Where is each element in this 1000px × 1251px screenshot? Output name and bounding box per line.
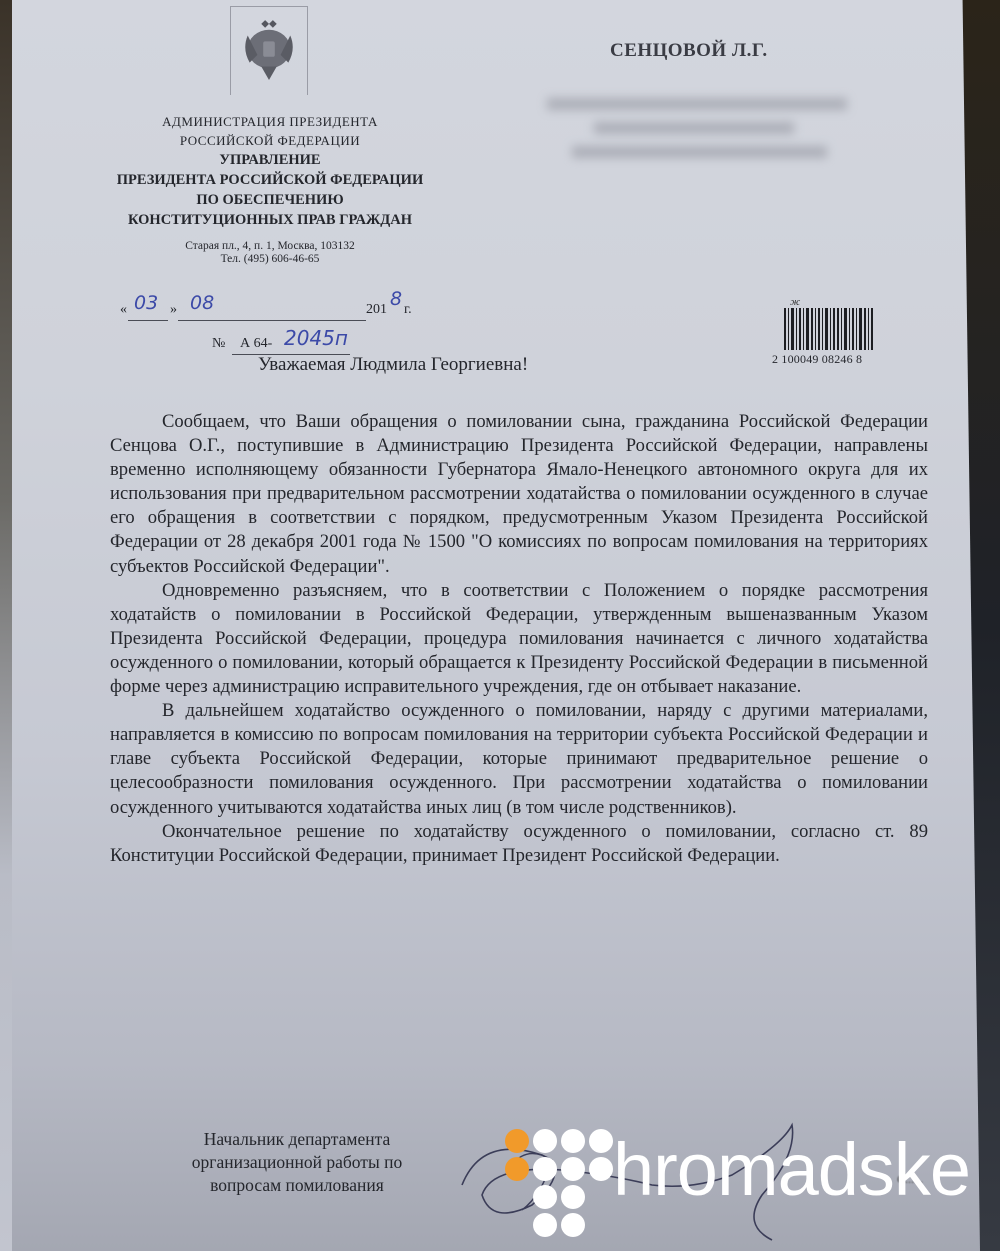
- barcode-mark: ж: [790, 296, 912, 308]
- signatory-title: Начальник департамента организационной р…: [152, 1128, 442, 1197]
- phone: Тел. (495) 606-46-65: [110, 253, 430, 266]
- dept-line-4: конституционных прав граждан: [110, 210, 430, 230]
- barcode-bars-icon: [784, 308, 912, 350]
- paragraph-1: Сообщаем, что Ваши обращения о помилован…: [110, 410, 928, 579]
- coat-of-arms-icon: [230, 6, 308, 95]
- date-month: 08: [190, 292, 214, 314]
- paragraph-4: Окончательное решение по ходатайству осу…: [110, 820, 928, 868]
- registration-number: № А 64- 2045п: [212, 330, 412, 354]
- salutation: Уважаемая Людмила Георгиевна!: [258, 354, 528, 376]
- dept-line-2: Президента Российской Федерации: [110, 170, 430, 190]
- letter-page: Администрация Президента Российской Феде…: [12, 0, 980, 1251]
- year-prefix: 201: [366, 302, 387, 318]
- year-suffix: 8: [390, 288, 402, 310]
- org-line-1: Администрация Президента: [110, 112, 430, 131]
- recipient-name: СЕНЦОВОЙ Л.Г.: [610, 40, 768, 62]
- date-day: 03: [134, 292, 158, 314]
- hromadske-watermark: hromadske: [505, 1125, 970, 1235]
- redacted-address-line: [594, 122, 794, 134]
- double-headed-eagle-icon: [240, 16, 298, 86]
- org-line-2: Российской Федерации: [110, 131, 430, 150]
- redacted-address-line: [572, 146, 827, 158]
- letterhead: Администрация Президента Российской Феде…: [110, 112, 430, 266]
- paragraph-3: В дальнейшем ходатайство осужденного о п…: [110, 699, 928, 819]
- number-prefix: А 64-: [240, 336, 272, 352]
- dept-line-3: по обеспечению: [110, 190, 430, 210]
- barcode-number: 2 100049 08246 8: [772, 352, 912, 367]
- document-date: « 03 » 08 201 8 г.: [120, 298, 420, 324]
- hromadske-dots-icon: [505, 1125, 615, 1235]
- year-unit: г.: [404, 302, 412, 318]
- dept-line-1: Управление: [110, 150, 430, 170]
- barcode: ж 2 100049 08246 8: [772, 296, 912, 367]
- letter-body: Сообщаем, что Ваши обращения о помилован…: [110, 410, 928, 868]
- number-handwritten: 2045п: [284, 326, 348, 350]
- paragraph-2: Одновременно разъясняем, что в соответст…: [110, 579, 928, 699]
- address: Старая пл., 4, п. 1, Москва, 103132: [110, 240, 430, 253]
- hromadske-wordmark: hromadske: [613, 1127, 970, 1212]
- redacted-address-line: [547, 98, 847, 110]
